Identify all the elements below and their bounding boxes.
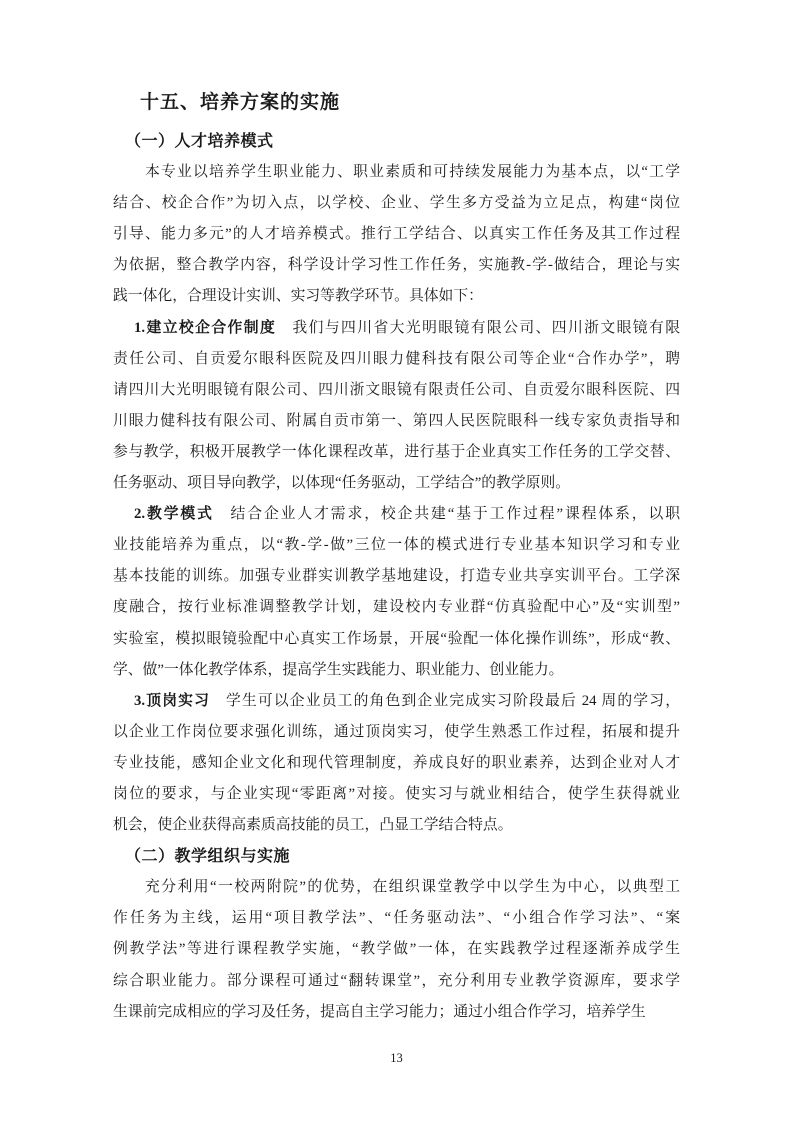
text-line: 岗位的要求，与企业实现“零距离”对接。使实习与就业相结合，使学生获得就业 bbox=[113, 779, 680, 810]
text-run: 参与教学，积极开展教学一体化课程改革，进行基于企业真实工作任务的工学交替、 bbox=[113, 444, 680, 460]
text-run: 综合职业能力。部分课程可通过“翻转课堂”，充分利用专业教学资源库，要求学 bbox=[113, 973, 680, 989]
text-line: 川眼力健科技有限公司、附属自贡市第一、第四人民医院眼科一线专家负责指导和 bbox=[113, 406, 680, 437]
text-run: 生课前完成相应的学习及任务，提高自主学习能力；通过小组合作学习，培养学生 bbox=[113, 1004, 646, 1020]
text-line: 结合、校企合作”为切入点，以学校、企业、学生多方受益为立足点，构建“岗位 bbox=[113, 188, 680, 219]
text-line: 学、做”一体化教学体系，提高学生实践能力、职业能力、创业能力。 bbox=[113, 655, 680, 686]
text-run: 岗位的要求，与企业实现“零距离”对接。使实习与就业相结合，使学生获得就业 bbox=[113, 786, 680, 802]
text-line: 例教学法”等进行课程教学实施，“教学做”一体，在实践教学过程逐渐养成学生 bbox=[113, 934, 680, 965]
text-line: 参与教学，积极开展教学一体化课程改革，进行基于企业真实工作任务的工学交替、 bbox=[113, 437, 680, 468]
text-line: 基本技能的训练。加强专业群实训教学基地建设，打造专业共享实训平台。工学深 bbox=[113, 561, 680, 592]
text-line: 3.顶岗实习 学生可以企业员工的角色到企业完成实习阶段最后 24 周的学习， bbox=[113, 686, 680, 717]
page-title: 十五、培养方案的实施 bbox=[113, 88, 680, 118]
text-run: 实验室，模拟眼镜验配中心真实工作场景，开展“验配一体化操作训练”，形成“教、 bbox=[113, 631, 680, 647]
text-run: 专业技能，感知企业文化和现代管理制度，养成良好的职业素养，达到企业对人才 bbox=[113, 755, 680, 771]
text-line: 本专业以培养学生职业能力、职业素质和可持续发展能力为基本点，以“工学 bbox=[113, 157, 680, 188]
text-line: 请四川大光明眼镜有限公司、四川浙文眼镜有限责任公司、自贡爱尔眼科医院、四 bbox=[113, 375, 680, 406]
text-run: 结合企业人才需求，校企共建“基于工作过程”课程体系，以职 bbox=[214, 506, 680, 522]
text-line: 责任公司、自贡爱尔眼科医院及四川眼力健科技有限公司等企业“合作办学”，聘 bbox=[113, 344, 680, 375]
bold-run: 3.顶岗实习 bbox=[134, 693, 210, 709]
text-line: 以企业工作岗位要求强化训练，通过顶岗实习，使学生熟悉工作过程，拓展和提升 bbox=[113, 717, 680, 748]
text-run: 以企业工作岗位要求强化训练，通过顶岗实习，使学生熟悉工作过程，拓展和提升 bbox=[113, 724, 680, 740]
text-run: 责任公司、自贡爱尔眼科医院及四川眼力健科技有限公司等企业“合作办学”，聘 bbox=[113, 351, 680, 367]
page-number: 13 bbox=[0, 1050, 793, 1066]
section-heading: （一）人才培养模式 bbox=[113, 126, 680, 157]
text-line: 引导、能力多元”的人才培养模式。推行工学结合、以真实工作任务及其工作过程 bbox=[113, 219, 680, 250]
text-run: 任务驱动、项目导向教学，以体现“任务驱动，工学结合”的教学原则。 bbox=[113, 475, 570, 491]
text-run: 引导、能力多元”的人才培养模式。推行工学结合、以真实工作任务及其工作过程 bbox=[113, 226, 680, 242]
text-line: 实验室，模拟眼镜验配中心真实工作场景，开展“验配一体化操作训练”，形成“教、 bbox=[113, 624, 680, 655]
text-run: 例教学法”等进行课程教学实施，“教学做”一体，在实践教学过程逐渐养成学生 bbox=[113, 941, 680, 957]
text-run: 作任务为主线，运用“项目教学法”、“任务驱动法”、“小组合作学习法”、“案 bbox=[113, 910, 680, 926]
paragraph: 1.建立校企合作制度 我们与四川省大光明眼镜有限公司、四川浙文眼镜有限责任公司、… bbox=[113, 313, 680, 500]
text-run: 请四川大光明眼镜有限公司、四川浙文眼镜有限责任公司、自贡爱尔眼科医院、四 bbox=[113, 382, 680, 398]
text-line: 度融合，按行业标准调整教学计划，建设校内专业群“仿真验配中心”及“实训型” bbox=[113, 592, 680, 623]
text-run: 川眼力健科技有限公司、附属自贡市第一、第四人民医院眼科一线专家负责指导和 bbox=[113, 413, 680, 429]
text-run: 基本技能的训练。加强专业群实训教学基地建设，打造专业共享实训平台。工学深 bbox=[113, 568, 680, 584]
text-run: 践一体化，合理设计实训、实习等教学环节。具体如下： bbox=[113, 288, 483, 304]
paragraph: 充分利用“一校两附院”的优势，在组织课堂教学中以学生为中心，以典型工作任务为主线… bbox=[113, 872, 680, 1027]
text-line: 生课前完成相应的学习及任务，提高自主学习能力；通过小组合作学习，培养学生 bbox=[113, 997, 680, 1028]
text-line: 任务驱动、项目导向教学，以体现“任务驱动，工学结合”的教学原则。 bbox=[113, 468, 680, 499]
text-line: 1.建立校企合作制度 我们与四川省大光明眼镜有限公司、四川浙文眼镜有限 bbox=[113, 313, 680, 344]
text-line: 综合职业能力。部分课程可通过“翻转课堂”，充分利用专业教学资源库，要求学 bbox=[113, 966, 680, 997]
text-run: 学、做”一体化教学体系，提高学生实践能力、职业能力、创业能力。 bbox=[113, 662, 563, 678]
text-line: 作任务为主线，运用“项目教学法”、“任务驱动法”、“小组合作学习法”、“案 bbox=[113, 903, 680, 934]
text-line: 充分利用“一校两附院”的优势，在组织课堂教学中以学生为中心，以典型工 bbox=[113, 872, 680, 903]
document-page: 十五、培养方案的实施 （一）人才培养模式本专业以培养学生职业能力、职业素质和可持… bbox=[0, 0, 793, 1122]
bold-run: 2.教学模式 bbox=[134, 506, 214, 522]
text-run: 业技能培养为重点，以“教-学-做”三位一体的模式进行专业基本知识学习和专业 bbox=[113, 537, 680, 553]
text-run: 为依据，整合教学内容，科学设计学习性工作任务，实施教-学-做结合，理论与实 bbox=[113, 257, 680, 273]
document-body: （一）人才培养模式本专业以培养学生职业能力、职业素质和可持续发展能力为基本点，以… bbox=[113, 126, 680, 1028]
text-line: 专业技能，感知企业文化和现代管理制度，养成良好的职业素养，达到企业对人才 bbox=[113, 748, 680, 779]
paragraph: 2.教学模式 结合企业人才需求，校企共建“基于工作过程”课程体系，以职业技能培养… bbox=[113, 499, 680, 686]
text-line: 业技能培养为重点，以“教-学-做”三位一体的模式进行专业基本知识学习和专业 bbox=[113, 530, 680, 561]
bold-run: 1.建立校企合作制度 bbox=[134, 320, 276, 336]
text-run: 度融合，按行业标准调整教学计划，建设校内专业群“仿真验配中心”及“实训型” bbox=[113, 599, 680, 615]
text-run: 学生可以企业员工的角色到企业完成实习阶段最后 24 周的学习， bbox=[210, 693, 680, 709]
text-run: 机会，使企业获得高素质高技能的员工，凸显工学结合特点。 bbox=[113, 817, 513, 833]
text-run: 结合、校企合作”为切入点，以学校、企业、学生多方受益为立足点，构建“岗位 bbox=[113, 195, 680, 211]
text-run: 本专业以培养学生职业能力、职业素质和可持续发展能力为基本点，以“工学 bbox=[145, 164, 680, 180]
text-line: 2.教学模式 结合企业人才需求，校企共建“基于工作过程”课程体系，以职 bbox=[113, 499, 680, 530]
text-line: 为依据，整合教学内容，科学设计学习性工作任务，实施教-学-做结合，理论与实 bbox=[113, 250, 680, 281]
text-line: 践一体化，合理设计实训、实习等教学环节。具体如下： bbox=[113, 281, 680, 312]
paragraph: 3.顶岗实习 学生可以企业员工的角色到企业完成实习阶段最后 24 周的学习，以企… bbox=[113, 686, 680, 841]
paragraph: 本专业以培养学生职业能力、职业素质和可持续发展能力为基本点，以“工学结合、校企合… bbox=[113, 157, 680, 312]
text-run: 我们与四川省大光明眼镜有限公司、四川浙文眼镜有限 bbox=[276, 320, 680, 336]
section-heading: （二）教学组织与实施 bbox=[113, 841, 680, 872]
text-run: 充分利用“一校两附院”的优势，在组织课堂教学中以学生为中心，以典型工 bbox=[145, 879, 680, 895]
text-line: 机会，使企业获得高素质高技能的员工，凸显工学结合特点。 bbox=[113, 810, 680, 841]
